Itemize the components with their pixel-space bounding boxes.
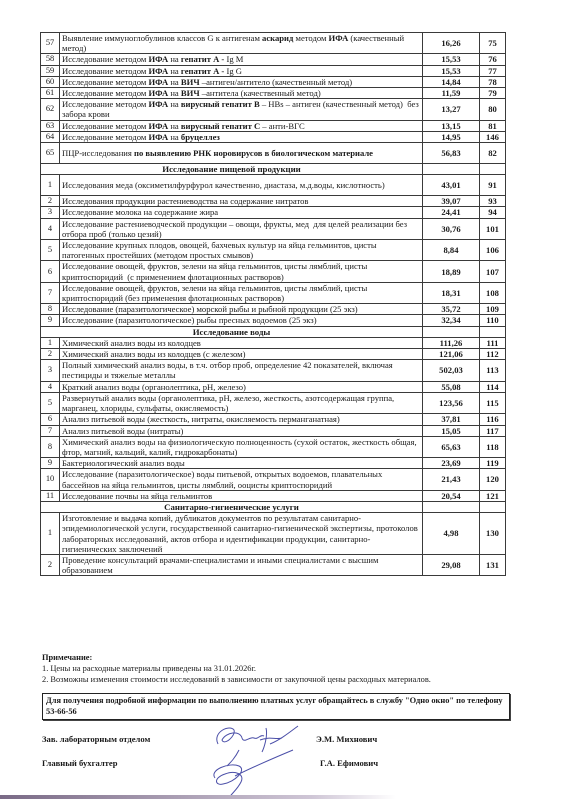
service-code: 130 [480, 513, 506, 555]
service-description: Исследование молока на содержание жира [60, 207, 423, 218]
service-code: 77 [480, 65, 506, 76]
service-price: 55,08 [423, 381, 480, 392]
service-price: 39,07 [423, 196, 480, 207]
service-code: 131 [480, 554, 506, 575]
service-code: 114 [480, 381, 506, 392]
empty-cell [480, 164, 506, 175]
service-description: Исследование методом ИФА на вирусный геп… [60, 99, 423, 120]
service-price: 29,08 [423, 554, 480, 575]
section-header-row: Санитарно-гигиенические услуги [41, 501, 506, 512]
service-price: 35,72 [423, 304, 480, 315]
table-row: 9Исследование (паразитологическое) рыбы … [41, 315, 506, 326]
table-row: 6Анализ питьевой воды (жесткость, нитрат… [41, 414, 506, 425]
service-price: 4,98 [423, 513, 480, 555]
service-description: Исследование овощей, фруктов, зелени на … [60, 261, 423, 282]
table-row: 5Исследование крупных плодов, овощей, ба… [41, 240, 506, 261]
service-price: 32,34 [423, 315, 480, 326]
row-number: 58 [41, 54, 60, 65]
row-number: 63 [41, 120, 60, 131]
service-price: 65,63 [423, 436, 480, 457]
row-number: 7 [41, 282, 60, 303]
service-code: 101 [480, 218, 506, 239]
service-price: 18,89 [423, 261, 480, 282]
table-row: 65ПЦР-исследования по выявлению РНК норо… [41, 143, 506, 164]
row-number: 6 [41, 414, 60, 425]
row-number: 60 [41, 76, 60, 87]
row-number: 3 [41, 207, 60, 218]
table-row: 9Бактериологический анализ воды23,69119 [41, 458, 506, 469]
service-description: Исследование овощей, фруктов, зелени на … [60, 282, 423, 303]
table-row: 1Изготовление и выдача копий, дубликатов… [41, 513, 506, 555]
table-row: 7Исследование овощей, фруктов, зелени на… [41, 282, 506, 303]
table-row: 6Исследование овощей, фруктов, зелени на… [41, 261, 506, 282]
table-row: 2Проведение консультаций врачами-специал… [41, 554, 506, 575]
table-row: 63Исследование методом ИФА на вирусный г… [41, 120, 506, 131]
row-number: 64 [41, 131, 60, 142]
table-row: 4Краткий анализ воды (органолептика, pH,… [41, 381, 506, 392]
price-table: 57Выявление иммуноглобулинов классов G к… [40, 32, 506, 576]
row-number: 5 [41, 392, 60, 413]
table-row: 5Развернутый анализ воды (органолептика,… [41, 392, 506, 413]
service-description: Химический анализ воды из колодцев (с же… [60, 349, 423, 360]
service-price: 502,03 [423, 360, 480, 381]
service-code: 81 [480, 120, 506, 131]
table-row: 2Химический анализ воды из колодцев (с ж… [41, 349, 506, 360]
service-price: 20,54 [423, 490, 480, 501]
table-row: 3Полный химический анализ воды, в т.ч. о… [41, 360, 506, 381]
table-row: 62Исследование методом ИФА на вирусный г… [41, 99, 506, 120]
service-description: Исследование методом ИФА на ВИЧ –антиген… [60, 76, 423, 87]
row-number: 8 [41, 436, 60, 457]
section-title: Санитарно-гигиенические услуги [41, 501, 423, 512]
service-description: Исследования продукции растениеводства н… [60, 196, 423, 207]
table-row: 4Исследование растениеводческой продукци… [41, 218, 506, 239]
price-list-page: 57Выявление иммуноглобулинов классов G к… [0, 0, 566, 800]
service-description: Исследование (паразитологическое) рыбы п… [60, 315, 423, 326]
service-description: Полный химический анализ воды, в т.ч. от… [60, 360, 423, 381]
service-price: 30,76 [423, 218, 480, 239]
service-code: 146 [480, 131, 506, 142]
service-description: Исследование методом ИФА на ВИЧ –антител… [60, 88, 423, 99]
service-description: ПЦР-исследования по выявлению РНК норови… [60, 143, 423, 164]
service-code: 108 [480, 282, 506, 303]
row-number: 61 [41, 88, 60, 99]
table-row: 8Химический анализ воды на физиологическ… [41, 436, 506, 457]
table-row: 3Исследование молока на содержание жира2… [41, 207, 506, 218]
empty-cell [480, 326, 506, 337]
service-code: 91 [480, 175, 506, 196]
service-price: 15,53 [423, 54, 480, 65]
service-code: 121 [480, 490, 506, 501]
row-number: 62 [41, 99, 60, 120]
table-row: 57Выявление иммуноглобулинов классов G к… [41, 33, 506, 54]
table-row: 60Исследование методом ИФА на ВИЧ –антиг… [41, 76, 506, 87]
row-number: 6 [41, 261, 60, 282]
row-number: 4 [41, 218, 60, 239]
service-code: 82 [480, 143, 506, 164]
service-description: Краткий анализ воды (органолептика, pH, … [60, 381, 423, 392]
note-title: Примечание: [42, 652, 522, 663]
service-price: 14,84 [423, 76, 480, 87]
service-price: 121,06 [423, 349, 480, 360]
service-description: Проведение консультаций врачами-специали… [60, 554, 423, 575]
signature-name-lab-head: Э.М. Михнович [316, 734, 377, 744]
row-number: 59 [41, 65, 60, 76]
row-number: 1 [41, 337, 60, 348]
row-number: 7 [41, 425, 60, 436]
service-description: Исследование крупных плодов, овощей, бах… [60, 240, 423, 261]
row-number: 1 [41, 175, 60, 196]
table-row: 64Исследование методом ИФА на бруцеллез1… [41, 131, 506, 142]
service-code: 93 [480, 196, 506, 207]
service-description: Бактериологический анализ воды [60, 458, 423, 469]
row-number: 9 [41, 315, 60, 326]
row-number: 9 [41, 458, 60, 469]
note-block: Примечание: 1. Цены на расходные материа… [42, 652, 522, 686]
service-description: Анализ питьевой воды (жесткость, нитраты… [60, 414, 423, 425]
table-row: 8Исследование (паразитологическое) морск… [41, 304, 506, 315]
empty-cell [423, 326, 480, 337]
service-description: Изготовление и выдача копий, дубликатов … [60, 513, 423, 555]
service-description: Химический анализ воды на физиологическу… [60, 436, 423, 457]
service-price: 21,43 [423, 469, 480, 490]
service-code: 111 [480, 337, 506, 348]
service-price: 111,26 [423, 337, 480, 348]
row-number: 10 [41, 469, 60, 490]
row-number: 2 [41, 196, 60, 207]
service-price: 37,81 [423, 414, 480, 425]
note-item: 2. Возможны изменения стоимости исследов… [42, 674, 522, 685]
service-description: Исследование почвы на яйца гельминтов [60, 490, 423, 501]
service-price: 13,27 [423, 99, 480, 120]
contact-info-box: Для получения подробной информации по вы… [42, 693, 510, 720]
service-code: 109 [480, 304, 506, 315]
service-price: 56,83 [423, 143, 480, 164]
price-table-body: 57Выявление иммуноглобулинов классов G к… [41, 33, 506, 576]
service-code: 117 [480, 425, 506, 436]
signature-position-lab-head: Зав. лабораторным отделом [42, 734, 150, 744]
signature-name-chief-accountant: Г.А. Ефимович [320, 758, 378, 768]
service-price: 15,05 [423, 425, 480, 436]
service-description: Исследование (паразитологическое) воды п… [60, 469, 423, 490]
empty-cell [423, 501, 480, 512]
row-number: 5 [41, 240, 60, 261]
signature-position-chief-accountant: Главный бухгалтер [42, 758, 118, 768]
row-number: 3 [41, 360, 60, 381]
table-row: 61Исследование методом ИФА на ВИЧ –антит… [41, 88, 506, 99]
table-row: 7Анализ питьевой воды (нитраты)15,05117 [41, 425, 506, 436]
service-code: 76 [480, 54, 506, 65]
service-description: Исследование (паразитологическое) морско… [60, 304, 423, 315]
service-code: 75 [480, 33, 506, 54]
row-number: 11 [41, 490, 60, 501]
row-number: 8 [41, 304, 60, 315]
service-description: Исследование методом ИФА на гепатит А - … [60, 54, 423, 65]
row-number: 2 [41, 349, 60, 360]
table-row: 58Исследование методом ИФА на гепатит А … [41, 54, 506, 65]
service-price: 11,59 [423, 88, 480, 99]
section-title: Исследование воды [41, 326, 423, 337]
service-price: 24,41 [423, 207, 480, 218]
service-description: Анализ питьевой воды (нитраты) [60, 425, 423, 436]
service-price: 14,95 [423, 131, 480, 142]
empty-cell [480, 501, 506, 512]
empty-cell [423, 164, 480, 175]
service-code: 113 [480, 360, 506, 381]
row-number: 1 [41, 513, 60, 555]
service-code: 107 [480, 261, 506, 282]
service-description: Исследование растениеводческой продукции… [60, 218, 423, 239]
service-price: 23,69 [423, 458, 480, 469]
service-price: 18,31 [423, 282, 480, 303]
signature-handwritten-2 [205, 748, 295, 800]
service-price: 123,56 [423, 392, 480, 413]
row-number: 57 [41, 33, 60, 54]
table-row: 1Химический анализ воды из колодцев111,2… [41, 337, 506, 348]
service-description: Развернутый анализ воды (органолептика, … [60, 392, 423, 413]
service-code: 80 [480, 99, 506, 120]
service-description: Исследование методом ИФА на гепатит А - … [60, 65, 423, 76]
service-code: 116 [480, 414, 506, 425]
service-description: Исследование методом ИФА на вирусный геп… [60, 120, 423, 131]
service-code: 78 [480, 76, 506, 87]
table-row: 59Исследование методом ИФА на гепатит А … [41, 65, 506, 76]
service-price: 15,53 [423, 65, 480, 76]
service-price: 16,26 [423, 33, 480, 54]
service-code: 110 [480, 315, 506, 326]
service-description: Химический анализ воды из колодцев [60, 337, 423, 348]
service-code: 115 [480, 392, 506, 413]
service-code: 94 [480, 207, 506, 218]
service-code: 106 [480, 240, 506, 261]
service-code: 120 [480, 469, 506, 490]
service-code: 112 [480, 349, 506, 360]
table-row: 10Исследование (паразитологическое) воды… [41, 469, 506, 490]
row-number: 4 [41, 381, 60, 392]
table-row: 2Исследования продукции растениеводства … [41, 196, 506, 207]
service-price: 13,15 [423, 120, 480, 131]
service-description: Исследования меда (оксиметилфурфурол кач… [60, 175, 423, 196]
row-number: 2 [41, 554, 60, 575]
service-price: 43,01 [423, 175, 480, 196]
service-code: 79 [480, 88, 506, 99]
section-title: Исследование пищевой продукции [41, 164, 423, 175]
service-code: 119 [480, 458, 506, 469]
section-header-row: Исследование воды [41, 326, 506, 337]
section-header-row: Исследование пищевой продукции [41, 164, 506, 175]
row-number: 65 [41, 143, 60, 164]
service-price: 8,84 [423, 240, 480, 261]
service-code: 118 [480, 436, 506, 457]
table-row: 1Исследования меда (оксиметилфурфурол ка… [41, 175, 506, 196]
note-item: 1. Цены на расходные материалы приведены… [42, 663, 522, 674]
service-description: Исследование методом ИФА на бруцеллез [60, 131, 423, 142]
scan-edge [0, 795, 566, 799]
table-row: 11Исследование почвы на яйца гельминтов2… [41, 490, 506, 501]
service-description: Выявление иммуноглобулинов классов G к а… [60, 33, 423, 54]
